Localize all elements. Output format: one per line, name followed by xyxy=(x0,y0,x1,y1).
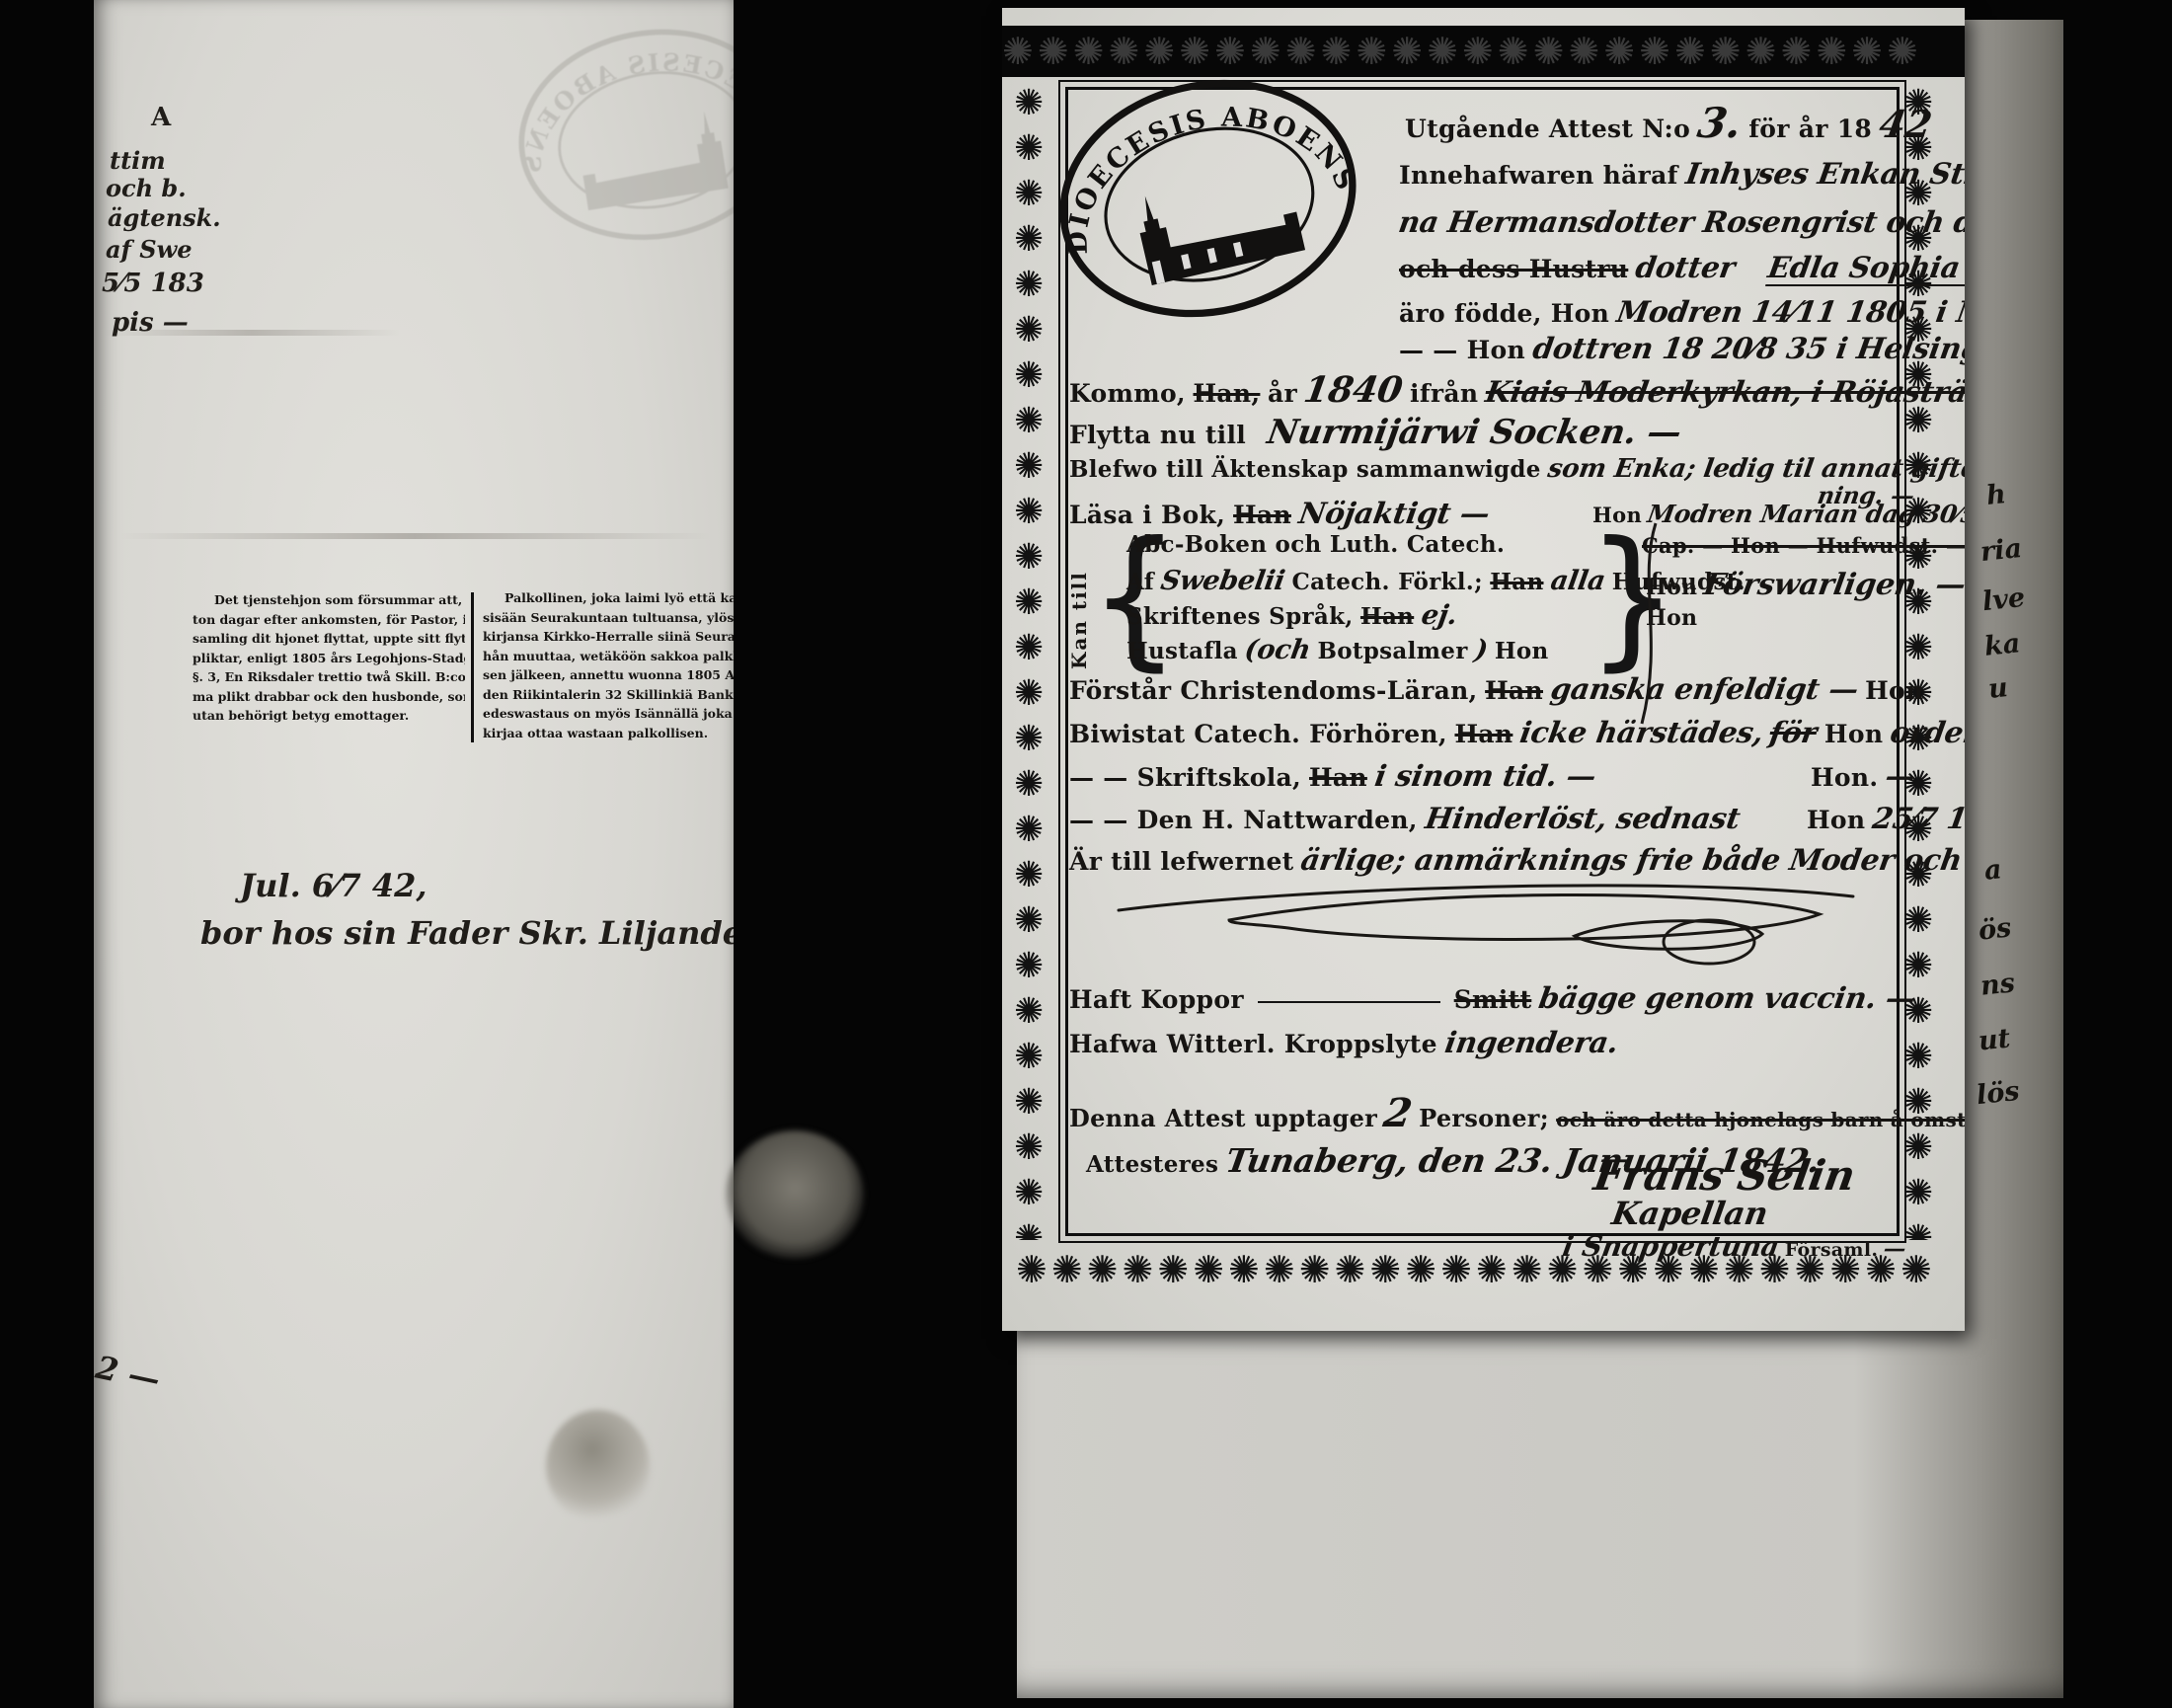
blefwo-row: Blefwo till Äktenskap sammanwigde som En… xyxy=(1069,454,1965,484)
holder-name-2: na Hermansdotter Rosengrist och dess xyxy=(1396,204,1965,239)
han-struck: Han xyxy=(1360,603,1414,630)
ghost-seal-graphic: DIOECESIS ABOENSIS. MAG. PRINC. FINL. xyxy=(471,0,734,269)
kroppslyte-label: Hafwa Witterl. Kroppslyte xyxy=(1069,1030,1437,1058)
gutter-stain xyxy=(726,1130,864,1259)
ink-stain xyxy=(546,1410,650,1523)
legal-notice-swedish: Det tjenstehjon som försummar att, inom … xyxy=(193,590,465,726)
confirmation-school: i sinom tid. — xyxy=(1372,758,1598,793)
holder-label: Innehafwaren häraf xyxy=(1399,161,1678,190)
relation-daughter: dotter xyxy=(1633,250,1738,284)
skriftskola-label: — — Skriftskola, xyxy=(1069,763,1301,792)
catech-right-1: Cap. — Hon — Hufwudst. — Cap. xyxy=(1642,533,1965,558)
flytta-label: Flytta nu till xyxy=(1069,421,1246,449)
hon-label: Hon xyxy=(1495,638,1549,664)
biwistat-label: Biwistat Catech. Förhören, xyxy=(1069,720,1447,748)
ghost-seal: DIOECESIS ABOENSIS. MAG. PRINC. FINL. xyxy=(471,0,734,269)
notice-line: hån muuttaa, wetäköön sakkoa palkka wään… xyxy=(483,647,734,666)
understanding-grade: ganska enfeldigt — xyxy=(1548,671,1861,706)
upptager-label: Denna Attest upptager xyxy=(1069,1104,1377,1132)
church-icon xyxy=(1132,164,1305,285)
personer-label: Personer; xyxy=(1419,1104,1549,1132)
kommo-struck: Han, xyxy=(1194,379,1261,408)
edge-fragment: h xyxy=(1984,479,2007,511)
parish-label: Församl. xyxy=(1785,1239,1878,1261)
hon-label: Hon xyxy=(1807,806,1865,834)
forswarligen-hand: Förswarligen. — xyxy=(1702,568,1965,602)
notice-line: Det tjenstehjon som försummar att, inom … xyxy=(193,590,465,610)
corner-fragment: af Swe xyxy=(106,235,193,264)
notice-line: utan behörigt betyg emottager. xyxy=(193,706,465,726)
archival-scan: DIOECESIS ABOENSIS. MAG. PRINC. FINL. A … xyxy=(0,0,2172,1708)
skriftskola-row: — — Skriftskola, Han i sinom tid. — Hon.… xyxy=(1069,758,1915,793)
born-label: äro födde, Hon xyxy=(1399,299,1609,328)
reading-grade: Nöjaktigt — xyxy=(1296,496,1492,530)
forstar-row: Förstår Christendoms-Läran, Han ganska e… xyxy=(1069,671,1923,706)
parish-hand: i Snappertuna xyxy=(1560,1230,1781,1263)
edge-fragment: lös xyxy=(1975,1076,2020,1111)
notice-line: ma plikt drabbar ock den husbonde, som t… xyxy=(193,687,465,707)
edge-fragment: ria xyxy=(1978,533,2023,568)
fold-streak xyxy=(118,533,711,539)
notice-line: sen jälkeen, annettu wuonna 1805 Art. 8 … xyxy=(483,665,734,685)
abc-boken-label: Abc-Boken och Luth. Catech. xyxy=(1126,531,1505,558)
corner-fragment: A xyxy=(151,103,171,132)
border-rosettes-top: ✺✺✺✺✺✺✺✺✺✺✺✺✺✺✺✺✺✺✺✺✺✺✺✺✺✺ xyxy=(1002,26,1965,77)
dash-hand: — xyxy=(1884,758,1918,793)
attest-header-label: Utgående Attest N:o xyxy=(1405,115,1690,143)
holder-line-3: och dess Hustru dotter Edla Sophia Rosen… xyxy=(1399,250,1965,286)
attest-year-label: för år 18 xyxy=(1748,115,1872,143)
corner-fragment: 5⁄5 183 xyxy=(102,269,204,298)
han-struck: Han xyxy=(1309,763,1367,792)
forstar-label: Förstår Christendoms-Läran, xyxy=(1069,676,1478,705)
edge-fragment: ns xyxy=(1978,968,2016,1001)
church-icon xyxy=(576,110,728,210)
mother-birth: Modren 14⁄11 1805 i Nurmijärwi xyxy=(1614,294,1965,329)
children-clause-struck: och äro detta hjonelags barn å omstående… xyxy=(1556,1108,1965,1131)
origin-struck: Kiais Moderkyrkan, i Röjasträin xyxy=(1483,374,1965,409)
koppor-label: Haft Koppor xyxy=(1069,985,1244,1014)
lasa-struck: Han xyxy=(1233,501,1291,529)
struck-hustru-label: och dess Hustru xyxy=(1399,255,1628,283)
daughter-birth: dottren 18 20⁄8 35 i Helsingfors. xyxy=(1530,331,1965,365)
kroppslyte-row: Hafwa Witterl. Kroppslyte ingendera. xyxy=(1069,1025,1618,1059)
notice-line: sisään Seurakuntaan tultuansa, ylösnäytt… xyxy=(483,608,734,628)
daughter-name: Edla Sophia Rosengrist xyxy=(1765,250,1965,286)
svebelii-hand: Swebelii xyxy=(1159,566,1287,596)
notice-line: §. 3, En Riksdaler trettio twå Skill. B:… xyxy=(193,667,465,687)
hustafla-label: Hustafla xyxy=(1126,638,1238,664)
marriage-status: som Enka; ledig til annat gifte vid uppt… xyxy=(1545,454,1965,484)
smitt-struck: Smitt xyxy=(1454,985,1532,1014)
attesteres-label: Attesteres xyxy=(1086,1151,1218,1178)
vaccination-note: bägge genom vaccin. — xyxy=(1536,980,1917,1015)
for-struck: för xyxy=(1768,715,1821,749)
flytta-row: Flytta nu till Nurmijärwi Socken. — xyxy=(1069,413,1680,452)
left-page: DIOECESIS ABOENSIS. MAG. PRINC. FINL. A … xyxy=(94,0,734,1708)
void-flourish xyxy=(1111,859,1861,968)
han-struck: Han xyxy=(1454,720,1513,748)
signature-parish-row: i Snappertuna Församl. — xyxy=(1563,1230,1905,1263)
legal-notice-finnish: Palkollinen, joka laimi lyö että kahden … xyxy=(483,588,734,742)
nattwarden-row: — — Den H. Nattwarden, Hinderlöst, sedna… xyxy=(1069,801,1965,835)
ordenteligen-hand: ordenteligen. — xyxy=(1888,715,1965,749)
skriftenes-label: Skriftenes Språk, xyxy=(1126,603,1354,630)
born2-label: — — Hon xyxy=(1399,336,1525,364)
edge-fragment: ös xyxy=(1977,912,2012,946)
notice-line: edeswastaus on myös Isännällä joka ilman… xyxy=(483,704,734,724)
edge-fragment: a xyxy=(1982,854,2003,887)
ink-streak xyxy=(104,330,400,336)
notice-line: kirjaa ottaa wastaan palkollisen. xyxy=(483,724,734,743)
born-line-1: äro födde, Hon Modren 14⁄11 1805 i Nurmi… xyxy=(1399,294,1965,329)
communion-date: 25⁄7 1841. — xyxy=(1871,801,1965,835)
af-label: Af xyxy=(1126,569,1154,595)
bottom-fragment: 2 — xyxy=(94,1349,164,1399)
signature-name: Frans Selin xyxy=(1590,1151,1858,1200)
botpsalmer-label: Botpsalmer xyxy=(1317,638,1467,664)
corner-fragment: och b. xyxy=(106,174,187,202)
attest-number: 3. xyxy=(1694,99,1745,147)
margin-note-date: Jul. 6⁄7 42, xyxy=(240,867,427,904)
kommo-from-label: ifrån xyxy=(1410,379,1478,408)
hon-label: Hon. xyxy=(1811,763,1878,792)
border-rosettes-left: ✺ ✺ ✺ ✺ ✺ ✺ ✺ ✺ ✺ ✺ ✺ ✺ ✺ ✺ ✺ ✺ ✺ ✺ ✺ ✺ … xyxy=(1014,81,1061,1240)
born-line-2: — — Hon dottren 18 20⁄8 35 i Helsingfors… xyxy=(1399,331,1965,365)
attest-header: Utgående Attest N:o 3. för år 18 42 xyxy=(1405,99,1931,147)
han-struck: Han xyxy=(1490,569,1543,595)
hon-label: Hon xyxy=(1865,676,1923,705)
catechism-attendance: icke härstädes, xyxy=(1517,715,1765,749)
notice-line: kirjansa Kirkko-Herralle siinä Seurakunn… xyxy=(483,627,734,647)
bodily-defect-note: ingendera. xyxy=(1442,1025,1620,1059)
kan-till-label: Kan till xyxy=(1067,541,1091,669)
dash-hand: — xyxy=(1882,1236,1907,1262)
upptager-row: Denna Attest upptager 2 Personer; och är… xyxy=(1069,1090,1965,1136)
catech-line-3: Skriftenes Språk, Han ej. xyxy=(1126,600,1456,631)
column-divider xyxy=(471,592,474,742)
edge-fragment: lve xyxy=(1980,582,2026,617)
svg-text:DIOECESIS ABOENSIS. MAG. PRINC: DIOECESIS ABOENSIS. MAG. PRINC. FINL. xyxy=(494,0,734,182)
notice-line: Palkollinen, joka laimi lyö että kahden … xyxy=(483,588,734,608)
corner-fragment: ttim xyxy=(110,146,166,175)
destination-parish: Nurmijärwi Socken. — xyxy=(1265,413,1684,452)
ghost-seal-text: DIOECESIS ABOENSIS. MAG. PRINC. FINL. xyxy=(494,0,734,182)
catech-right-2: Hon Förswarligen. — xyxy=(1646,568,1965,602)
person-count: 2 xyxy=(1381,1090,1416,1136)
notice-line: den Riikintalerin 32 Skillinkiä Bankossa… xyxy=(483,685,734,705)
catech-line-1: Abc-Boken och Luth. Catech. xyxy=(1126,531,1505,558)
nattwarden-label: — — Den H. Nattwarden, xyxy=(1069,806,1418,834)
signature-name-row: Frans Selin xyxy=(1594,1151,1854,1200)
catech-line-4: Hustafla (och Botpsalmer ) Hon xyxy=(1126,635,1549,665)
holder-name-1: Inhyses Enkan Sti- xyxy=(1683,156,1965,191)
blefwo-label: Blefwo till Äktenskap sammanwigde xyxy=(1069,456,1541,483)
ej-hand: ej. xyxy=(1419,600,1459,631)
holder-line-2: na Hermansdotter Rosengrist och dess xyxy=(1399,204,1965,239)
edge-fragment: ka xyxy=(1982,628,2021,662)
notice-line: ton dagar efter ankomsten, för Pastor, i… xyxy=(193,610,465,630)
arrival-year: 1840 xyxy=(1301,369,1406,411)
notice-line: pliktar, enligt 1805 års Legohjons-Stadg… xyxy=(193,649,465,668)
margin-note-text: bor hos sin Fader Skr. Liljander i Bertb… xyxy=(200,914,734,952)
holder-line-1: Innehafwaren häraf Inhyses Enkan Sti- xyxy=(1399,156,1965,191)
blank-rule xyxy=(1258,1001,1440,1003)
communion-status: Hinderlöst, sednast xyxy=(1423,801,1743,835)
catech-forkl-label: Catech. Förkl.; xyxy=(1292,569,1483,595)
corner-fragment: ägtensk. xyxy=(108,203,221,232)
koppor-row: Haft Koppor Smitt bägge genom vaccin. — xyxy=(1069,980,1915,1015)
han-struck: Han xyxy=(1485,676,1543,705)
edge-fragment: u xyxy=(1986,672,2009,705)
certificate-sheet: ✺✺✺✺✺✺✺✺✺✺✺✺✺✺✺✺✺✺✺✺✺✺✺✺✺✺ ✺ ✺ ✺ ✺ ✺ ✺ ✺… xyxy=(1002,8,1965,1331)
kommo-year-label: år xyxy=(1268,379,1297,408)
cap-hufwudst-struck: Cap. — Hon — Hufwudst. — Cap. xyxy=(1642,533,1965,558)
paren-hand: ) xyxy=(1472,635,1489,665)
mother-confirmation-date: Modren Marian dag 30⁄5 1838. xyxy=(1646,500,1965,528)
och-hand: (och xyxy=(1243,635,1313,665)
biwistat-row: Biwistat Catech. Förhören, Han icke härs… xyxy=(1069,715,1965,749)
kommo-row: Kommo, Han, år 1840 ifrån Kiais Moderkyr… xyxy=(1069,369,1965,411)
kommo-label: Kommo, xyxy=(1069,379,1186,408)
edge-fragment: ut xyxy=(1977,1023,2011,1056)
hon-label: Hon xyxy=(1824,720,1883,748)
signature-title: Kapellan xyxy=(1609,1195,1770,1232)
attest-year: 42 xyxy=(1876,102,1934,146)
signature-title-row: Kapellan xyxy=(1612,1195,1767,1232)
notice-line: samling dit hjonet flyttat, uppte sitt f… xyxy=(193,629,465,649)
